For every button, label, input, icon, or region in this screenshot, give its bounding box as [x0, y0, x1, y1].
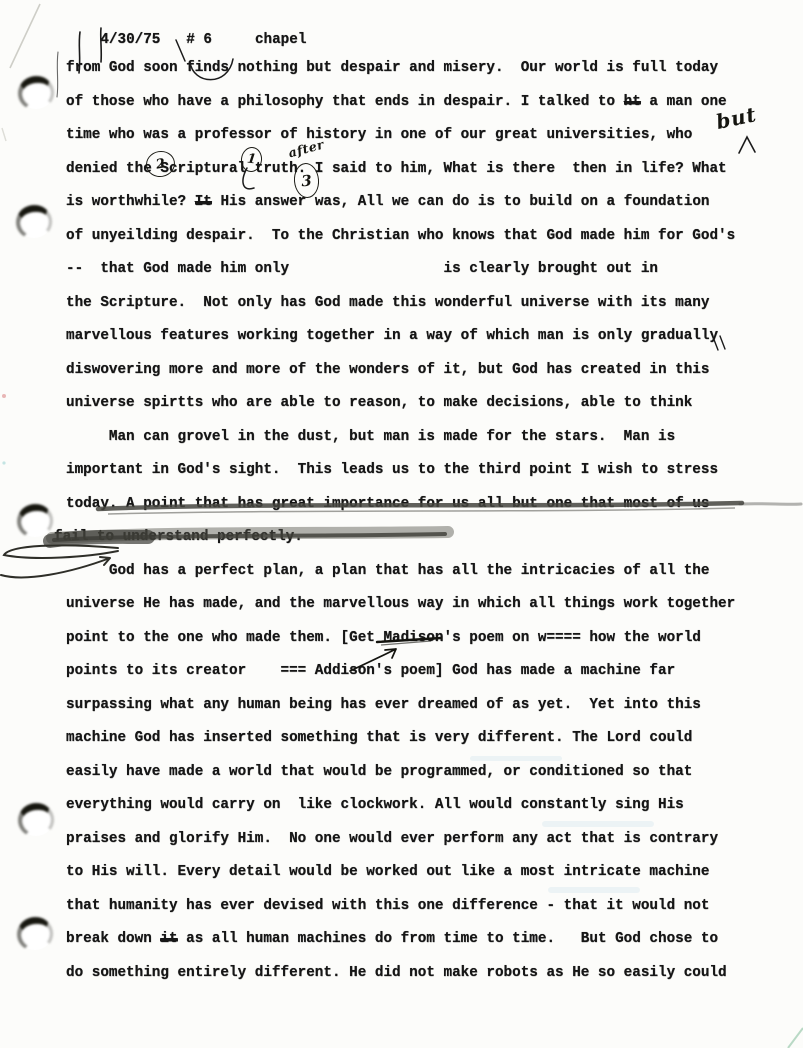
- typed-text: break down: [66, 931, 160, 947]
- typed-line: easily have made a world that would be p…: [66, 756, 735, 790]
- header-title: chapel: [255, 30, 306, 50]
- punch-hole: [18, 505, 52, 537]
- punch-hole: [17, 206, 51, 238]
- typed-text: universe spirtts who are able to reason,…: [66, 395, 692, 411]
- pen-stroke: [57, 52, 58, 97]
- typed-line: universe He has made, and the marvellous…: [66, 588, 735, 622]
- page-edge-mark: [2, 128, 6, 141]
- typed-line: the Scripture. Not only has God made thi…: [66, 287, 735, 321]
- typed-text: from God soon finds nothing but despair …: [66, 60, 718, 76]
- typed-lines: from God soon finds nothing but despair …: [66, 52, 735, 990]
- typed-text: easily have made a world that would be p…: [66, 764, 692, 780]
- typed-text: today. A point that has great importance…: [66, 496, 709, 512]
- pencil-strikethrough-tail: [740, 504, 801, 505]
- typed-text: His answer was, All we can do is to buil…: [212, 194, 710, 210]
- typed-line: break down it as all human machines do f…: [66, 923, 735, 957]
- typed-line: from God soon finds nothing but despair …: [66, 52, 735, 86]
- page-edge-crease: [10, 4, 40, 68]
- typed-text: of unyeilding despair. To the Christian …: [66, 228, 735, 244]
- typed-line: important in God's sight. This leads us …: [66, 454, 735, 488]
- typed-text: points to its creator === Addison's poem…: [66, 663, 675, 679]
- typed-text: do something entirely different. He did …: [66, 965, 727, 981]
- typed-line: fail to understand perfectly.: [54, 521, 735, 555]
- typed-strikeout: it: [160, 931, 177, 947]
- typed-line: of those who have a philosophy that ends…: [66, 86, 735, 120]
- typed-text: diswovering more and more of the wonders…: [66, 362, 709, 378]
- typed-text: surpassing what any human being has ever…: [66, 697, 701, 713]
- typed-line: everything would carry on like clockwork…: [66, 789, 735, 823]
- typed-line: surpassing what any human being has ever…: [66, 689, 735, 723]
- typed-text: of those who have a philosophy that ends…: [66, 94, 624, 110]
- punch-hole: [19, 77, 53, 109]
- scan-speck: [2, 461, 5, 464]
- typed-text: machine God has inserted something that …: [66, 730, 692, 746]
- typed-strikeout: It: [195, 194, 212, 210]
- typed-line: time who was a professor of history in o…: [66, 119, 735, 153]
- typed-line: that humanity has ever devised with this…: [66, 890, 735, 924]
- typed-text: is worthwhile?: [66, 194, 195, 210]
- typed-line: universe spirtts who are able to reason,…: [66, 387, 735, 421]
- typed-text: point to the one who made them. [Get Mad…: [66, 630, 701, 646]
- scan-speck: [2, 394, 6, 398]
- punch-hole: [19, 804, 53, 836]
- header-page-number: # 6: [186, 30, 212, 50]
- typed-line: do something entirely different. He did …: [66, 957, 735, 991]
- typed-text: Man can grovel in the dust, but man is m…: [66, 429, 675, 445]
- typed-text: -- that God made him only is clearly bro…: [66, 261, 658, 277]
- typed-text: the Scripture. Not only has God made thi…: [66, 295, 709, 311]
- typed-text: important in God's sight. This leads us …: [66, 462, 718, 478]
- typed-text: time who was a professor of history in o…: [66, 127, 692, 143]
- typed-text: God has a perfect plan, a plan that has …: [66, 563, 709, 579]
- typed-text: that humanity has ever devised with this…: [66, 898, 709, 914]
- typed-text: to His will. Every detail would be worke…: [66, 864, 709, 880]
- typed-line: -- that God made him only is clearly bro…: [66, 253, 735, 287]
- typed-line: is worthwhile? It His answer was, All we…: [66, 186, 735, 220]
- typed-strikeout: ht: [624, 94, 641, 110]
- typed-text: a man one: [641, 94, 727, 110]
- typed-text: praises and glorify Him. No one would ev…: [66, 831, 718, 847]
- typed-line: diswovering more and more of the wonders…: [66, 354, 735, 388]
- typed-line: of unyeilding despair. To the Christian …: [66, 220, 735, 254]
- typed-line: points to its creator === Addison's poem…: [66, 655, 735, 689]
- typed-text: everything would carry on like clockwork…: [66, 797, 684, 813]
- header-date: 4/30/75: [100, 30, 160, 50]
- corner-scratch: [788, 1028, 803, 1048]
- insertion-caret: [739, 137, 755, 153]
- typed-line: Man can grovel in the dust, but man is m…: [66, 421, 735, 455]
- typed-line: to His will. Every detail would be worke…: [66, 856, 735, 890]
- typed-text: marvellous features working together in …: [66, 328, 718, 344]
- typed-text: universe He has made, and the marvellous…: [66, 596, 735, 612]
- typed-line: praises and glorify Him. No one would ev…: [66, 823, 735, 857]
- typed-line: marvellous features working together in …: [66, 320, 735, 354]
- scanned-document-page: 4/30/75# 6chapel from God soon finds not…: [0, 0, 803, 1048]
- typed-text: as all human machines do from time to ti…: [178, 931, 719, 947]
- typed-line: machine God has inserted something that …: [66, 722, 735, 756]
- typed-line: God has a perfect plan, a plan that has …: [66, 555, 735, 589]
- punch-hole: [18, 918, 52, 950]
- typed-line: point to the one who made them. [Get Mad…: [66, 622, 735, 656]
- typed-line: today. A point that has great importance…: [66, 488, 735, 522]
- typed-text: fail to understand perfectly.: [54, 529, 303, 545]
